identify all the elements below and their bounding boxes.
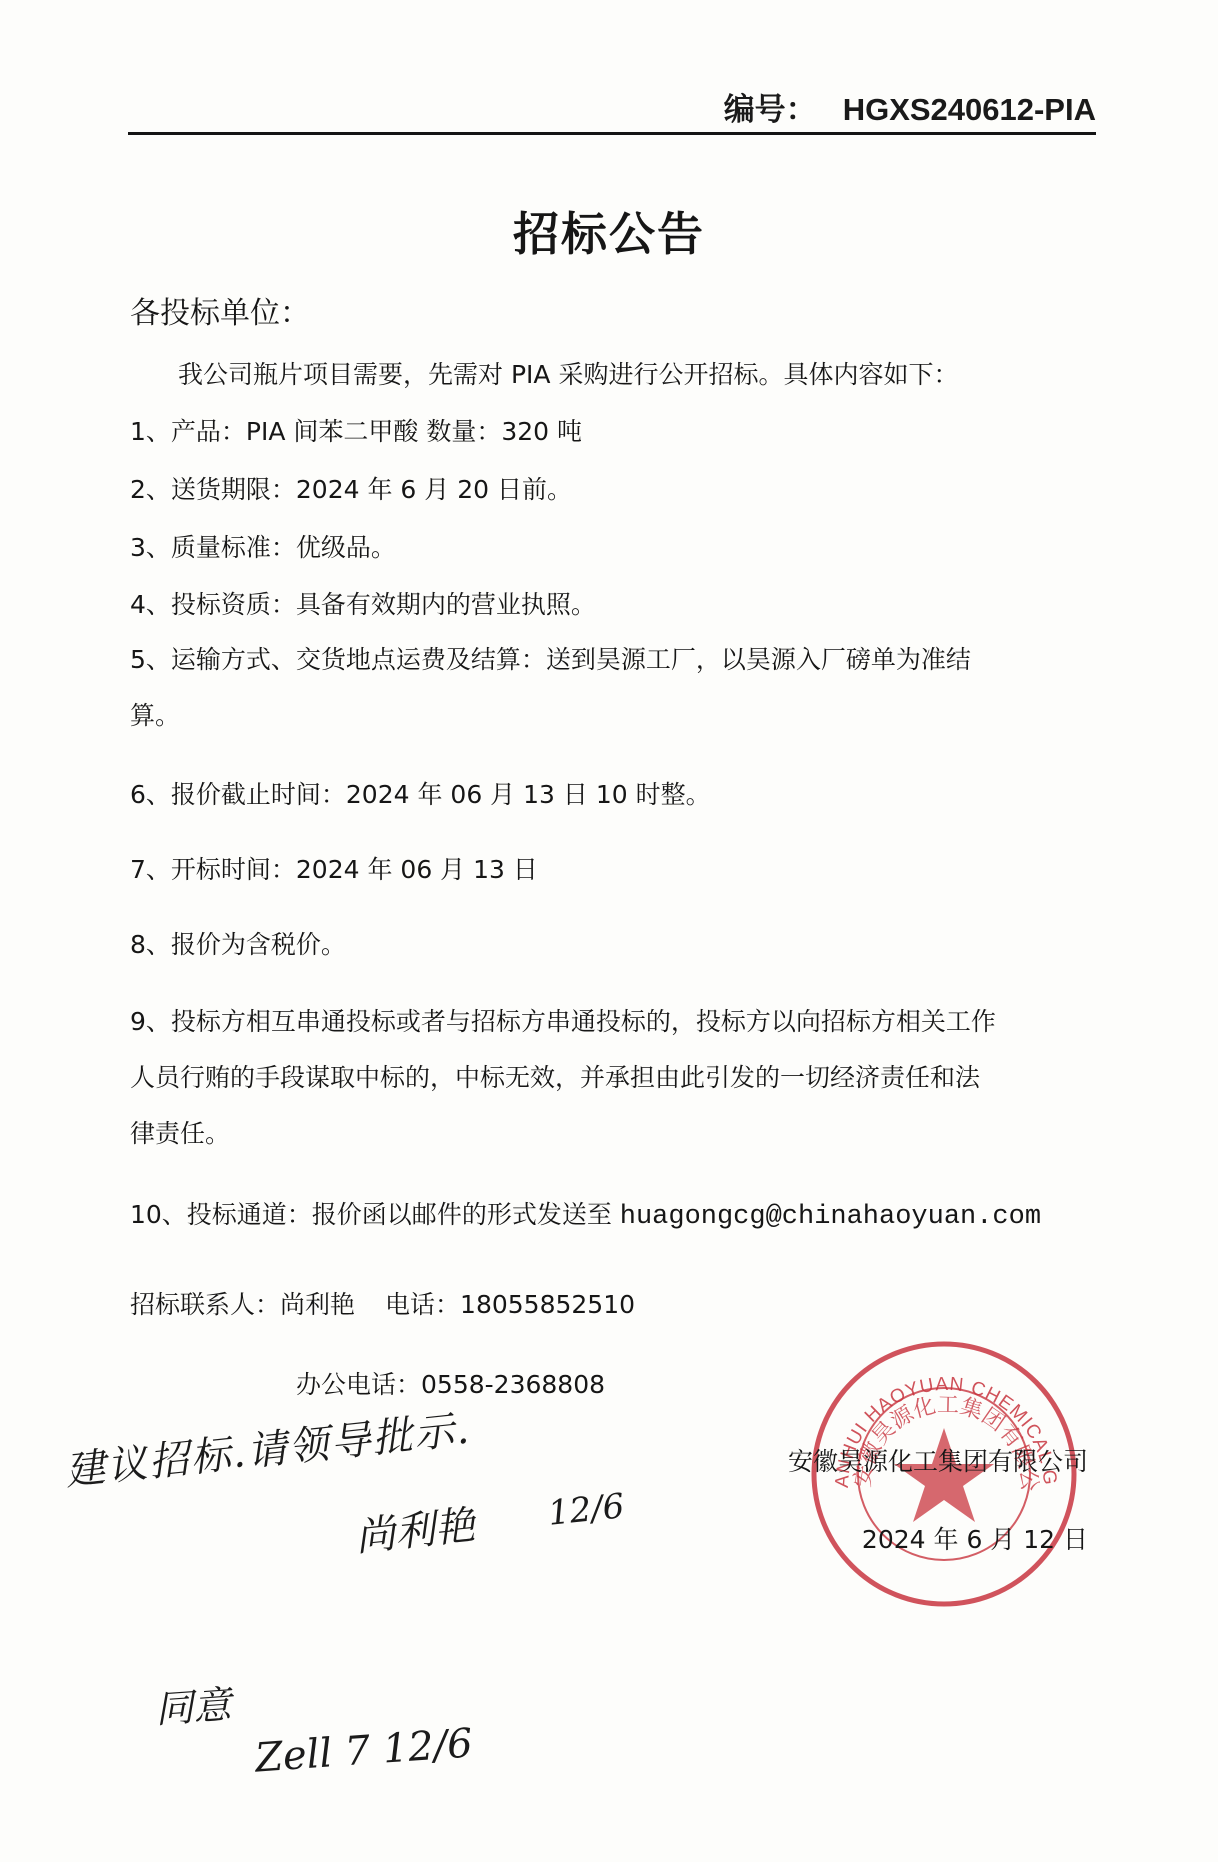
document-number: 编号：HGXS240612-PIA	[724, 84, 1096, 129]
phone-label: 电话：	[385, 1290, 460, 1319]
bid-email-link[interactable]: huagongcg@chinahaoyuan.com	[620, 1202, 1041, 1232]
salutation: 各投标单位：	[130, 288, 310, 332]
phone-number: 18055852510	[460, 1290, 635, 1319]
handwritten-signer: 尚利艳	[352, 1493, 477, 1562]
office-phone-label: 办公电话：	[296, 1370, 421, 1399]
item-transport-line1: 5、运输方式、交货地点运费及结算：送到昊源工厂，以昊源入厂磅单为准结	[130, 640, 971, 676]
item-quote-deadline: 6、报价截止时间：2024 年 06 月 13 日 10 时整。	[130, 775, 711, 811]
item-collusion-line2: 人员行贿的手段谋取中标的，中标无效，并承担由此引发的一切经济责任和法	[130, 1058, 980, 1094]
office-phone-line: 办公电话：0558-2368808	[296, 1365, 605, 1401]
item-bid-channel: 10、投标通道：报价函以邮件的形式发送至 huagongcg@chinahaoy…	[130, 1195, 1041, 1232]
handwritten-note: 建议招标.请领导批示.	[62, 1397, 473, 1496]
item-collusion-line3: 律责任。	[130, 1114, 230, 1150]
bid-channel-text: 10、投标通道：报价函以邮件的形式发送至	[130, 1200, 620, 1229]
item-qualification: 4、投标资质：具备有效期内的营业执照。	[130, 585, 596, 621]
contact-name: 尚利艳	[280, 1290, 355, 1319]
item-product: 1、产品：PIA 间苯二甲酸 数量：320 吨	[130, 412, 582, 448]
intro-paragraph: 我公司瓶片项目需要，先需对 PIA 采购进行公开招标。具体内容如下：	[178, 355, 958, 391]
contact-line: 招标联系人：尚利艳电话：18055852510	[130, 1285, 635, 1321]
item-tax-inclusive: 8、报价为含税价。	[130, 925, 346, 961]
item-collusion-line1: 9、投标方相互串通投标或者与招标方串通投标的，投标方以向招标方相关工作	[130, 1002, 996, 1038]
issue-date: 2024 年 6 月 12 日	[862, 1520, 1088, 1556]
item-opening-time: 7、开标时间：2024 年 06 月 13 日	[130, 850, 538, 886]
contact-label: 招标联系人：	[130, 1290, 280, 1319]
approver-signature: Zell 7	[254, 1728, 372, 1782]
item-delivery-deadline: 2、送货期限：2024 年 6 月 20 日前。	[130, 470, 572, 506]
item-quality-standard: 3、质量标准：优级品。	[130, 528, 396, 564]
office-phone-number: 0558-2368808	[421, 1370, 605, 1399]
handwritten-signer-date: 12/6	[546, 1486, 626, 1534]
item-transport-line2: 算。	[130, 696, 180, 732]
handwritten-approver-signature: Zell 7 12/6	[254, 1720, 474, 1781]
document-number-label: 编号：	[724, 92, 817, 127]
issuing-company: 安徽昊源化工集团有限公司	[788, 1442, 1088, 1478]
handwritten-approval: 同意	[153, 1673, 233, 1733]
approver-date: 12/6	[381, 1720, 474, 1772]
header-divider	[128, 132, 1096, 135]
page-title: 招标公告	[0, 198, 1218, 264]
document-number-value: HGXS240612-PIA	[843, 92, 1096, 127]
